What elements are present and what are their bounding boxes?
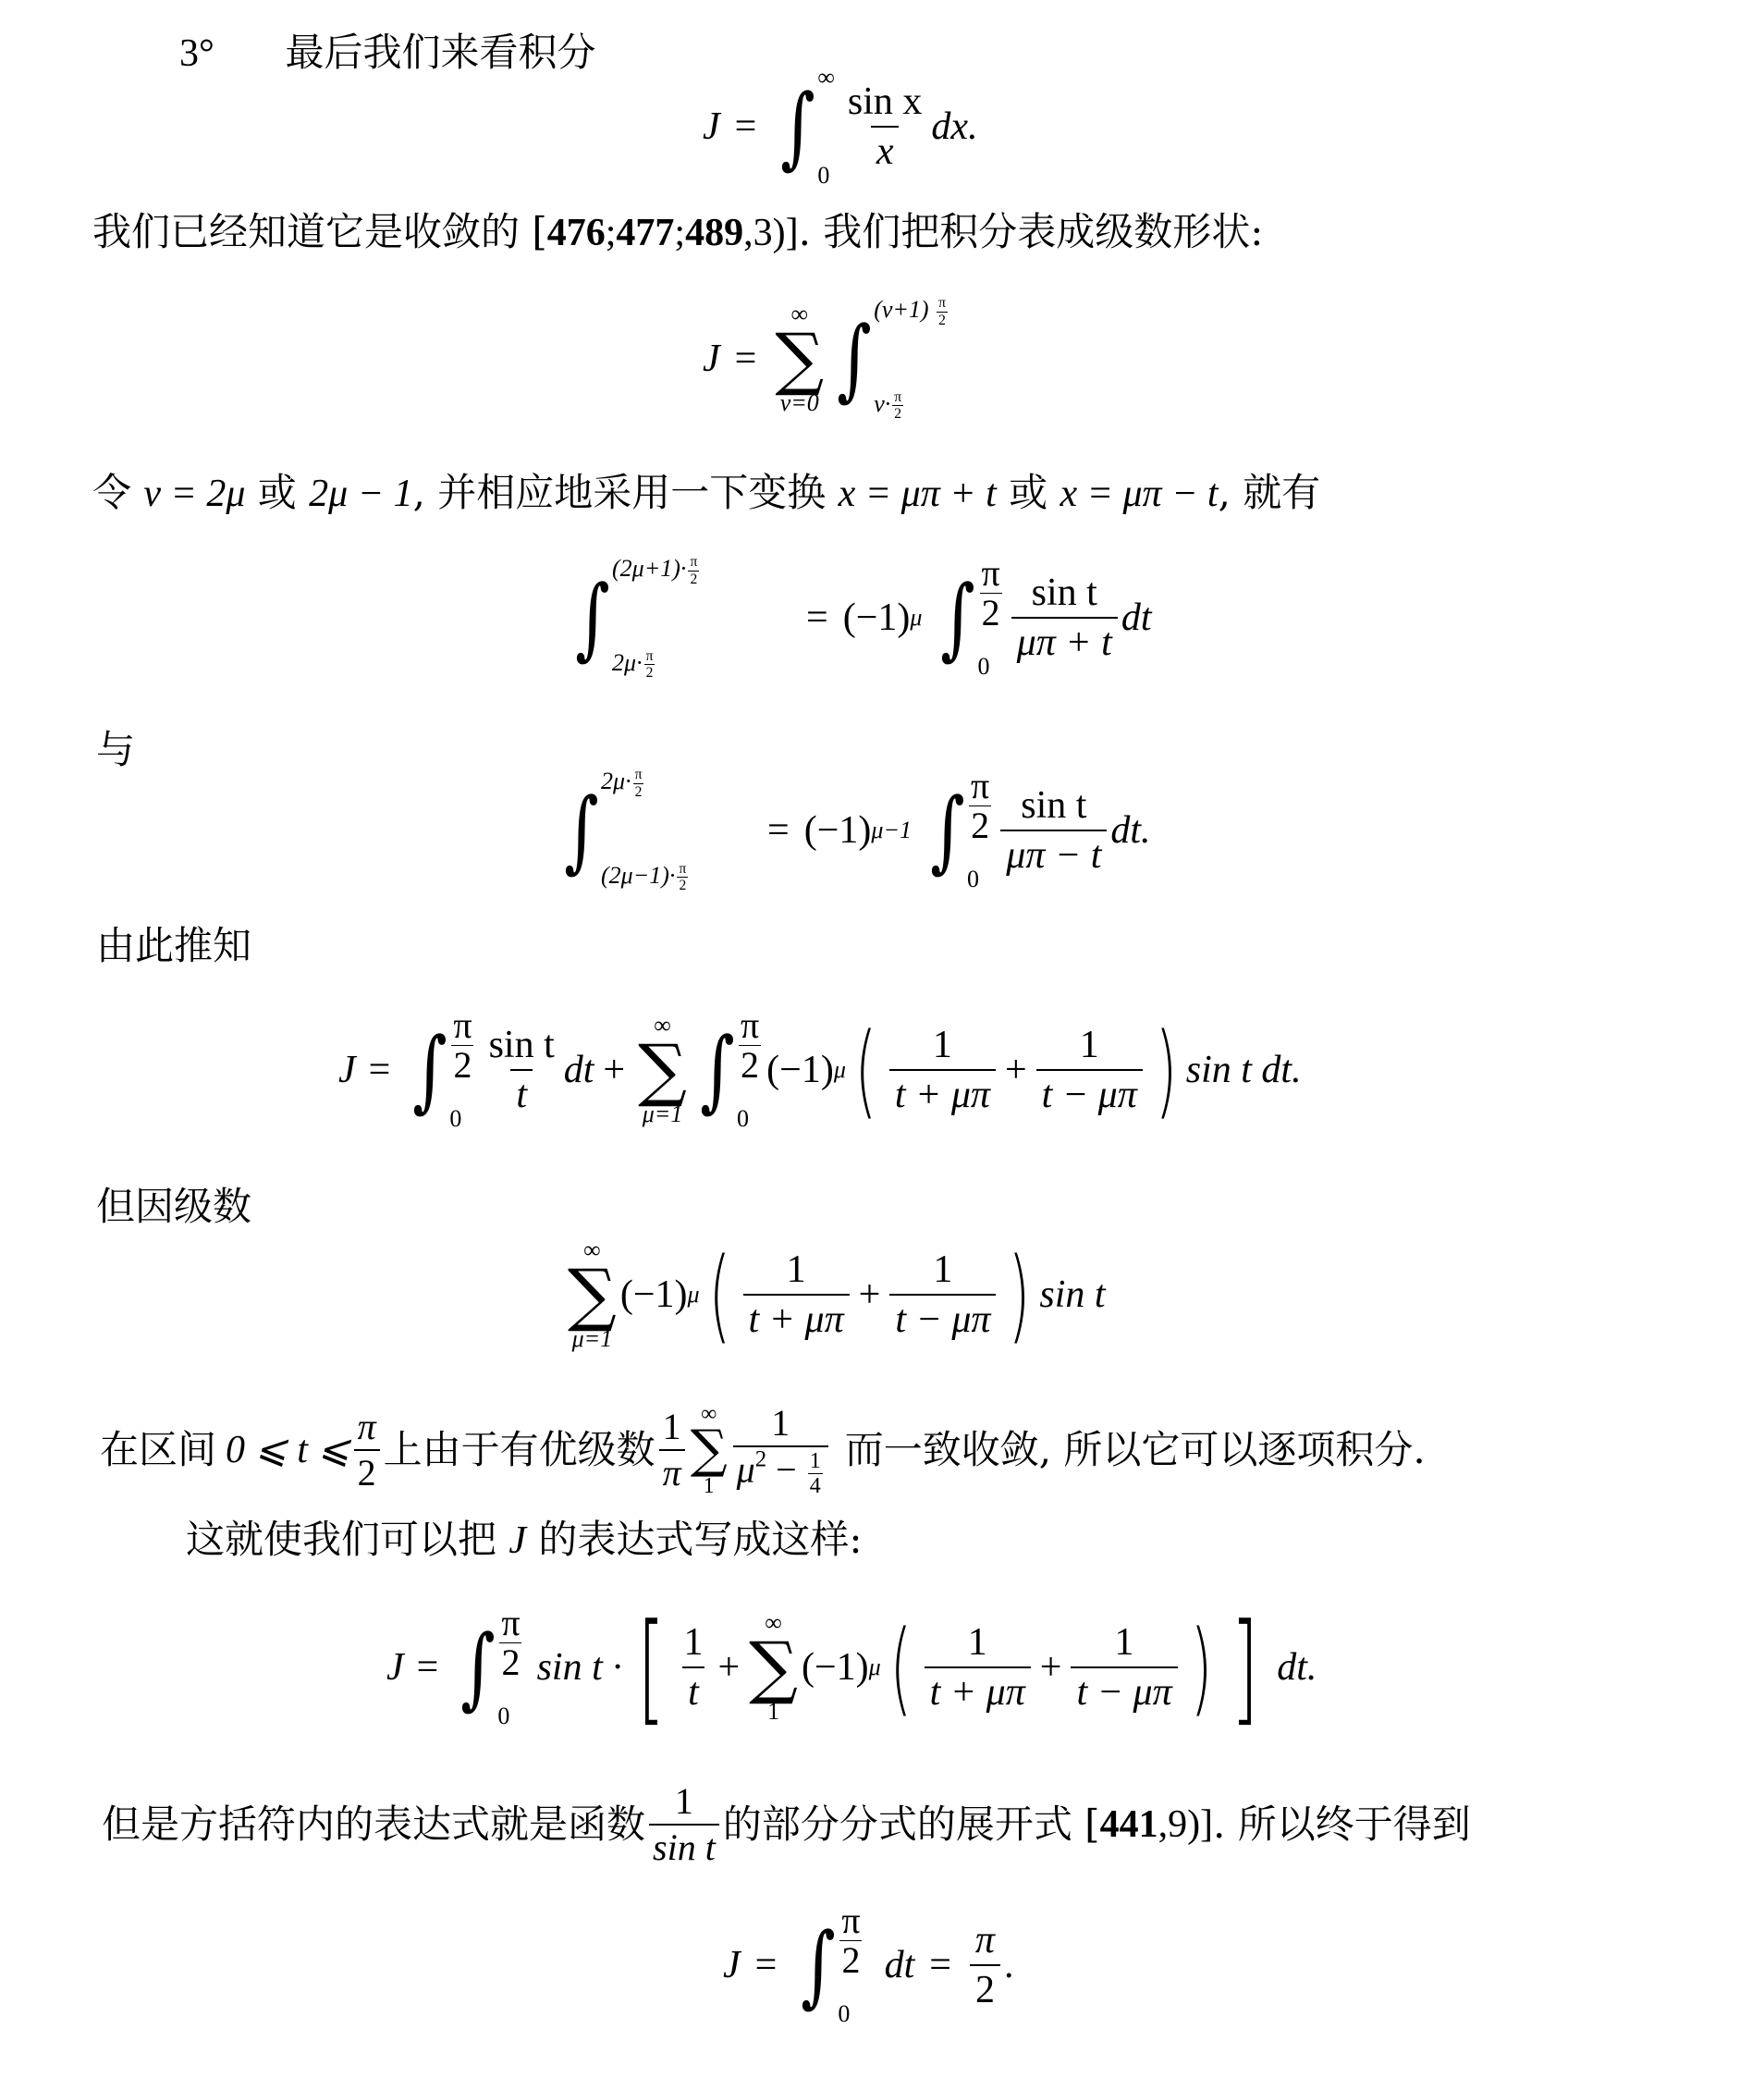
math: J: [508, 1519, 526, 1562]
denominator: t + μπ: [925, 1666, 1031, 1713]
pi: π: [969, 768, 991, 805]
fraction: 1 t − μπ: [1071, 1622, 1177, 1713]
differential: dx.: [931, 105, 977, 149]
math: ν = 2μ: [143, 473, 245, 515]
reference: 476: [547, 212, 606, 254]
numerator: 1: [671, 1782, 697, 1824]
exponent: 2: [755, 1446, 766, 1471]
denominator: t + μπ: [889, 1069, 996, 1115]
two: 2: [677, 877, 688, 893]
fraction: 1 t − μπ: [889, 1249, 996, 1340]
denominator: μπ + t: [1011, 617, 1118, 663]
reference: 477: [616, 212, 674, 254]
integral-sign: ∫ π2 0: [795, 1910, 864, 2021]
int-lower: ν·: [874, 390, 890, 417]
eq-lhs: J: [386, 1645, 404, 1690]
paragraph-substitution: 令 ν = 2μ 或 2μ − 1, 并相应地采用一下变换 x = μπ + t…: [92, 473, 1320, 513]
text: . 所以终于得到: [1213, 1805, 1471, 1844]
paragraph-uniform-convergence: 在区间 0 ⩽ t ⩽ π 2 上由于有优级数 1 π ∞ ∑ 1 1 μ2 −…: [100, 1404, 1426, 1496]
equation-1: J = ∫ ∞0 sin x x dx.: [703, 67, 978, 187]
numerator: π: [970, 1920, 1000, 1964]
denominator: t: [510, 1069, 533, 1115]
int-upper: (ν+1): [874, 296, 928, 323]
differential: dt: [885, 1943, 915, 1987]
denominator: 2: [970, 1964, 1000, 2010]
sign-factor: (−1): [802, 1645, 869, 1690]
two: 2: [839, 1940, 862, 1979]
int-lower: 0: [497, 1703, 523, 1730]
text: 我们已经知道它是收敛的 [: [92, 209, 547, 254]
plus: +: [1005, 1048, 1027, 1092]
text: 但是方括符内的表达式就是函数: [102, 1805, 645, 1844]
text: 的表达式写成这样:: [526, 1517, 863, 1562]
summation: ∞ ∑ ν=0: [775, 302, 824, 415]
numerator: 1: [1074, 1025, 1105, 1069]
denominator: sin t: [649, 1824, 719, 1867]
numerator: 1: [927, 1249, 958, 1294]
fraction: π 2: [970, 1920, 1000, 2010]
numerator: 1: [659, 1408, 685, 1449]
sin-t: sin t ·: [537, 1645, 622, 1690]
summation: ∞ ∑ 1: [691, 1403, 728, 1496]
eq-equals: =: [806, 596, 828, 640]
two: 2: [633, 783, 644, 800]
integral-sign: ∫ π2 0: [694, 1014, 763, 1125]
right-paren: ): [1190, 1617, 1212, 1718]
text: . 我们把积分表成级数形状:: [799, 209, 1264, 254]
fraction: 1 μ2 − 14: [733, 1404, 828, 1497]
pi: π: [633, 768, 644, 783]
int-lower: (2μ−1)·: [601, 862, 675, 889]
eq-equals: =: [755, 1943, 778, 1987]
right-paren: ): [1155, 1019, 1177, 1121]
int-upper: ∞: [817, 64, 835, 92]
period: .: [1004, 1943, 1014, 1987]
numerator: sin t: [484, 1025, 560, 1069]
text: 而一致收敛, 所以它可以逐项积分.: [845, 1431, 1426, 1469]
left-bracket: [: [637, 1607, 665, 1728]
right-bracket: ]: [1231, 1607, 1258, 1728]
text: , 就有: [1219, 470, 1321, 515]
text: 或: [245, 470, 309, 515]
word-series: 但因级数: [96, 1187, 251, 1226]
tail: sin t dt.: [1186, 1048, 1302, 1092]
eq-equals: =: [369, 1048, 391, 1092]
eq-equals: =: [735, 337, 757, 381]
int-upper: 2μ·: [601, 768, 631, 794]
eq-lhs: J: [338, 1048, 356, 1092]
text: ;: [674, 212, 685, 254]
section-number: 3°: [179, 32, 214, 75]
denominator: t − μπ: [889, 1294, 996, 1340]
sign-factor: (−1): [843, 596, 911, 640]
integral-sign: ∫ π2 0: [407, 1014, 475, 1125]
summation: ∞ ∑ μ=1: [568, 1238, 617, 1351]
fraction: sin t μπ + t: [1011, 572, 1118, 663]
int-lower: 0: [737, 1105, 763, 1133]
denominator: 2: [354, 1449, 380, 1493]
numerator: sin t: [1015, 785, 1092, 830]
fraction: 1 t + μπ: [743, 1249, 850, 1340]
numerator: 1: [808, 1450, 823, 1473]
numerator: π: [354, 1408, 380, 1449]
text: ,3)]: [743, 212, 798, 254]
pi: π: [937, 296, 948, 312]
text: 这就使我们可以把: [186, 1517, 508, 1562]
math: x = μπ + t: [839, 473, 997, 515]
pi: π: [892, 390, 903, 406]
summation: ∞ ∑ μ=1: [638, 1014, 687, 1126]
two: 2: [980, 593, 1002, 632]
text: , 并相应地采用一下变换: [413, 470, 839, 515]
equation-6: ∞ ∑ μ=1 (−1)μ ( 1 t + μπ + 1 t − μπ ) si…: [564, 1230, 1106, 1359]
plus: +: [1040, 1645, 1062, 1690]
paragraph-rewrite: 这就使我们可以把 J 的表达式写成这样:: [186, 1520, 863, 1560]
fraction: sin t t: [484, 1025, 560, 1115]
minus: −: [766, 1448, 806, 1490]
plus: +: [717, 1645, 740, 1690]
integral-sign: ∫ (2μ+1)·π2 2μ·π2: [570, 562, 788, 673]
equation-4: ∫ 2μ·π2 (2μ−1)·π2 = (−1)μ−1 ∫ π2 0 sin t…: [555, 766, 1151, 895]
two: 2: [892, 405, 903, 422]
int-upper: (2μ+1)·: [612, 555, 686, 582]
equation-2: J = ∞ ∑ ν=0 ∫ (ν+1) π2 ν·π2: [703, 294, 953, 424]
fraction: sin x x: [842, 81, 928, 172]
integral-sign: ∫ π2 0: [455, 1612, 523, 1723]
sum-lower: μ=1: [572, 1327, 613, 1351]
numerator: 1: [962, 1622, 993, 1666]
differential: dt: [1121, 596, 1152, 640]
denominator: t: [682, 1666, 704, 1713]
integral-sign: ∫ 2μ·π2 (2μ−1)·π2: [558, 775, 749, 886]
denominator: x: [871, 126, 900, 172]
eq-equals: =: [735, 105, 757, 149]
fraction: 1 π: [659, 1408, 685, 1493]
denominator: 4: [808, 1473, 823, 1497]
reference: 489: [685, 212, 743, 254]
int-lower: 0: [449, 1105, 475, 1133]
text: 在区间: [100, 1431, 216, 1469]
word-hence: 由此推知: [96, 927, 251, 965]
left-paren: (: [708, 1244, 730, 1346]
sum-lower: 1: [704, 1475, 715, 1497]
left-paren: (: [855, 1019, 877, 1121]
math: 2μ − 1: [309, 473, 412, 515]
sign-factor: (−1): [766, 1048, 834, 1092]
numerator: 1: [678, 1622, 708, 1666]
eq-lhs: J: [703, 337, 720, 381]
pi: π: [688, 555, 699, 571]
sign-factor: (−1): [620, 1273, 688, 1317]
eq-lhs: J: [723, 1943, 741, 1987]
sign-factor: (−1): [804, 808, 872, 853]
numerator: 1: [767, 1404, 793, 1445]
fraction: sin t μπ − t: [1000, 785, 1107, 876]
int-lower: 0: [838, 2000, 864, 2028]
left-paren: (: [889, 1617, 912, 1718]
two: 2: [969, 805, 991, 844]
sum-lower: ν=0: [780, 391, 819, 415]
equation-3: ∫ (2μ+1)·π2 2μ·π2 = (−1)μ ∫ π2 0 sin t μ…: [566, 553, 1151, 682]
tail: sin t: [1039, 1273, 1105, 1317]
right-paren: ): [1009, 1244, 1031, 1346]
text: 令: [92, 470, 143, 515]
eq-equals: =: [767, 808, 790, 853]
numerator: 1: [781, 1249, 812, 1294]
fraction: 1 sin t: [649, 1782, 719, 1867]
integral-sign: ∫ ∞0: [775, 71, 835, 182]
int-lower: 0: [977, 653, 1003, 681]
reference: 441: [1100, 1805, 1158, 1844]
paragraph-convergence: 我们已经知道它是收敛的 [476;477;489,3)]. 我们把积分表成级数形…: [92, 213, 1263, 252]
sum-lower: 1: [767, 1700, 779, 1724]
pi: π: [839, 1902, 862, 1940]
pi: π: [644, 649, 655, 665]
word-and: 与: [96, 731, 135, 769]
denominator: t + μπ: [743, 1294, 850, 1340]
denominator: μπ − t: [1000, 830, 1107, 876]
paragraph-partial-fractions: 但是方括符内的表达式就是函数 1 sin t 的部分分式的展开式 [441,9)…: [102, 1783, 1471, 1866]
eq-equals: =: [417, 1645, 439, 1690]
math: 0 ⩽ t ⩽: [226, 1431, 350, 1469]
pi: π: [979, 555, 1001, 593]
integral-sign: ∫ (ν+1) π2 ν·π2: [831, 303, 949, 414]
fraction: 1 t + μπ: [925, 1622, 1031, 1713]
numerator: 1: [1109, 1622, 1140, 1666]
numerator: sin t: [1026, 572, 1103, 617]
two: 2: [688, 571, 699, 587]
differential: dt: [564, 1048, 594, 1092]
text: 或: [997, 470, 1060, 515]
differential: dt.: [1277, 1645, 1317, 1690]
denominator: t − μπ: [1071, 1666, 1177, 1713]
denominator: t − μπ: [1036, 1069, 1143, 1115]
numerator: 1: [927, 1025, 958, 1069]
integral-sign: ∫ π2 0: [935, 562, 1003, 673]
fraction: 1 t + μπ: [889, 1025, 996, 1115]
eq-lhs: J: [703, 105, 720, 149]
text: 的部分分式的展开式 [: [723, 1805, 1100, 1844]
fraction: π 2: [354, 1408, 380, 1493]
numerator: sin x: [842, 81, 928, 126]
two: 2: [644, 664, 655, 681]
mu: μ: [737, 1448, 755, 1490]
equation-5: J = ∫ π2 0 sin t t dt + ∞ ∑ μ=1 ∫ π2 0 (…: [338, 1001, 1302, 1139]
denominator: π: [659, 1449, 685, 1493]
equation-7: J = ∫ π2 0 sin t · [ 1 t + ∞ ∑ 1 (−1)μ (…: [386, 1598, 1317, 1737]
two: 2: [937, 312, 948, 328]
fraction: 1 t − μπ: [1036, 1025, 1143, 1115]
int-lower: 0: [967, 866, 993, 893]
equation-8: J = ∫ π2 0 dt = π 2 .: [723, 1905, 1013, 2025]
differential: dt.: [1110, 808, 1150, 853]
integral-sign: ∫ π2 0: [925, 775, 993, 886]
section-title: 最后我们来看积分: [286, 30, 596, 75]
eq-equals: =: [929, 1943, 951, 1987]
pi: π: [677, 862, 688, 878]
math: x = μπ − t: [1060, 473, 1218, 515]
int-lower: 0: [817, 162, 835, 190]
sum-lower: μ=1: [643, 1102, 683, 1126]
fraction: 1 t: [678, 1622, 708, 1713]
plus: +: [859, 1273, 881, 1317]
text: 上由于有优级数: [384, 1431, 655, 1469]
text: ;: [606, 212, 617, 254]
text: ,9)]: [1158, 1805, 1213, 1844]
summation: ∞ ∑ 1: [749, 1611, 798, 1724]
int-lower: 2μ·: [612, 649, 643, 676]
plus: +: [603, 1048, 625, 1092]
section-heading: 3° 最后我们来看积分: [179, 33, 596, 73]
